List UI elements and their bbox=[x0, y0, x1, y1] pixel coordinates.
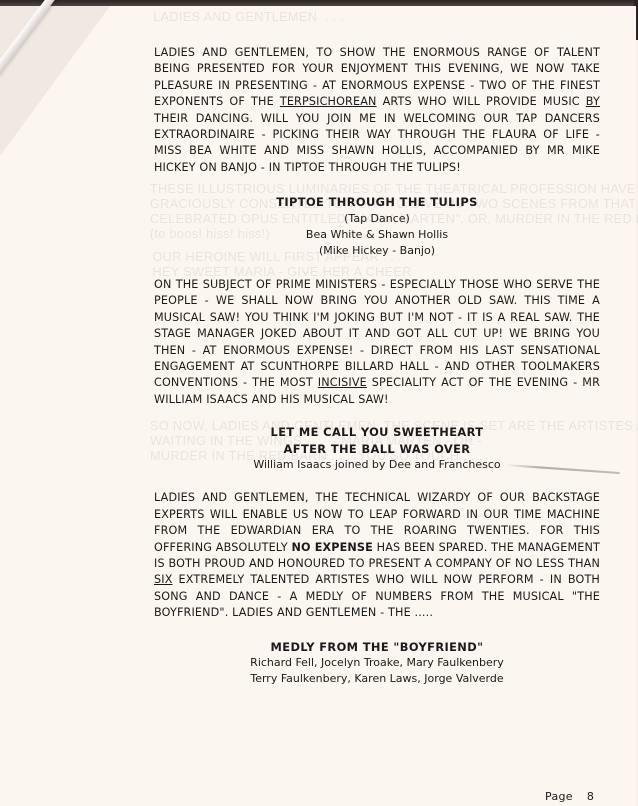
act-credit-line: (Tap Dance) bbox=[154, 211, 600, 227]
paragraph-text: ARTS WHO WILL PROVIDE MUSIC bbox=[377, 95, 586, 108]
page-content: LADIES AND GENTLEMEN, TO SHOW THE ENORMO… bbox=[154, 45, 600, 688]
paragraph-text: THEIR DANCING. WILL YOU JOIN ME IN WELCO… bbox=[154, 112, 600, 174]
act-title: TIPTOE THROUGH THE TULIPS bbox=[154, 194, 600, 210]
act-title: LET ME CALL YOU SWEETHEART bbox=[154, 424, 600, 440]
act-title: AFTER THE BALL WAS OVER bbox=[154, 441, 600, 457]
act-credit-line: Terry Faulkenbery, Karen Laws, Jorge Val… bbox=[154, 671, 600, 687]
act-credit-line: Richard Fell, Jocelyn Troake, Mary Faulk… bbox=[154, 655, 600, 671]
act-credit-line: (Mike Hickey - Banjo) bbox=[154, 243, 600, 259]
page-label: Page bbox=[545, 790, 573, 803]
page-number-value: 8 bbox=[587, 790, 594, 803]
emphasis-underline: INCISIVE bbox=[318, 376, 367, 389]
act-let-me-call-you-sweetheart: LET ME CALL YOU SWEETHEARTAFTER THE BALL… bbox=[154, 424, 600, 473]
folded-corner bbox=[0, 6, 110, 156]
page-number: Page8 bbox=[545, 790, 594, 803]
emphasis-bold: NO EXPENSE bbox=[291, 541, 372, 554]
intro-paragraph-boyfriend: LADIES AND GENTLEMEN, THE TECHNICAL WIZA… bbox=[154, 490, 600, 621]
paragraph-text: EXTREMELY TALENTED ARTISTES WHO WILL NOW… bbox=[154, 573, 600, 619]
act-title: MEDLY FROM THE "BOYFRIEND" bbox=[154, 639, 600, 655]
emphasis-underline: TERPSICHOREAN bbox=[280, 95, 377, 108]
bleed-through-text: LADIES AND GENTLEMEN . . . bbox=[153, 10, 344, 25]
act-medly-boyfriend: MEDLY FROM THE "BOYFRIEND"Richard Fell, … bbox=[154, 639, 600, 688]
paragraph-text: ON THE SUBJECT OF PRIME MINISTERS - ESPE… bbox=[154, 278, 600, 389]
act-tiptoe-through-the-tulips: TIPTOE THROUGH THE TULIPS(Tap Dance)Bea … bbox=[154, 194, 600, 260]
act-credit-line: William Isaacs joined by Dee and Franche… bbox=[154, 457, 600, 473]
act-credit-line: Bea White & Shawn Hollis bbox=[154, 227, 600, 243]
intro-paragraph-tap-dancers: LADIES AND GENTLEMEN, TO SHOW THE ENORMO… bbox=[154, 45, 600, 176]
emphasis-underline: SIX bbox=[154, 573, 173, 586]
emphasis-underline: BY bbox=[586, 95, 600, 108]
intro-paragraph-musical-saw: ON THE SUBJECT OF PRIME MINISTERS - ESPE… bbox=[154, 277, 600, 408]
